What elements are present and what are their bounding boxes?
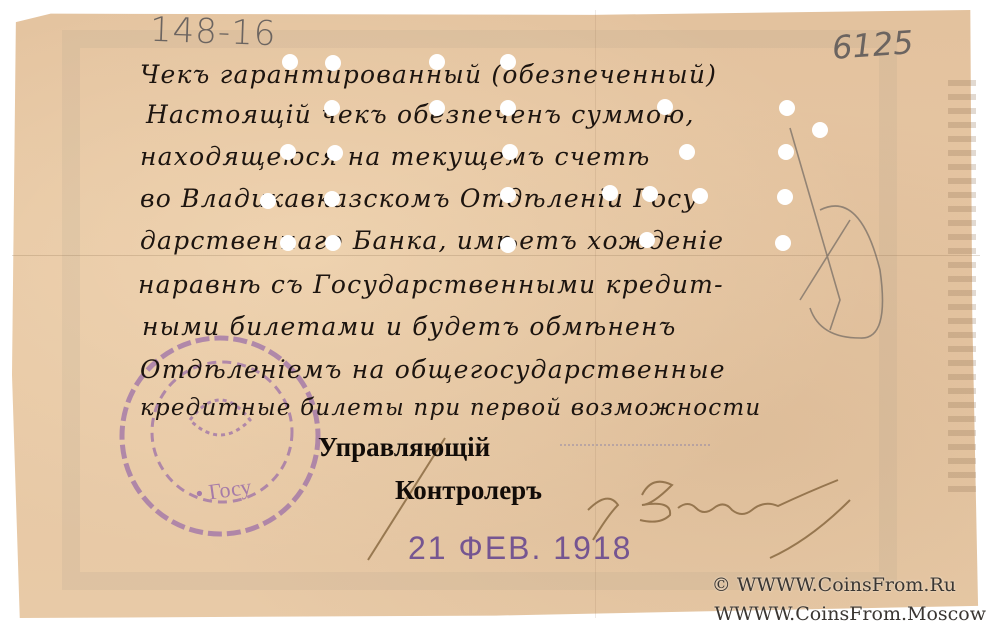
faint-stamp-text — [560, 430, 710, 446]
text-line-6: наравнѣ съ Государственными кредит- — [138, 270, 724, 299]
pencil-note-top-right: 6125 — [831, 23, 915, 67]
text-line-2: Настоящій чекъ обезпеченъ суммою, — [146, 100, 695, 129]
manager-title: Управляющій — [318, 432, 490, 463]
pencil-note-top-left: 148-16 — [149, 10, 277, 54]
controller-title: Контролеръ — [395, 475, 542, 506]
date-stamp: 21 ФЕВ. 1918 — [408, 530, 632, 567]
text-line-9: кредитные билеты при первой возможности — [140, 395, 761, 421]
text-line-3: находящеюся на текущемъ счетѣ — [140, 142, 651, 171]
watermark-line-1: © WWWW.CoinsFrom.Ru — [712, 574, 956, 596]
text-line-4: во Владикавказскомъ Отдѣленіи Госу- — [140, 184, 708, 213]
svg-text:• Госу: • Госу — [194, 474, 253, 507]
text-line-8: Отдѣленіемъ на общегосударственные — [140, 355, 726, 384]
text-line-5: дарственнаго Банка, имѣетъ хожденіе — [140, 226, 724, 255]
watermark-line-2: WWWW.CoinsFrom.Moscow — [714, 603, 986, 625]
text-line-1: Чекъ гарантированный (обезпеченный) — [140, 60, 717, 89]
text-line-7: ными билетами и будетъ обмѣненъ — [142, 312, 677, 341]
